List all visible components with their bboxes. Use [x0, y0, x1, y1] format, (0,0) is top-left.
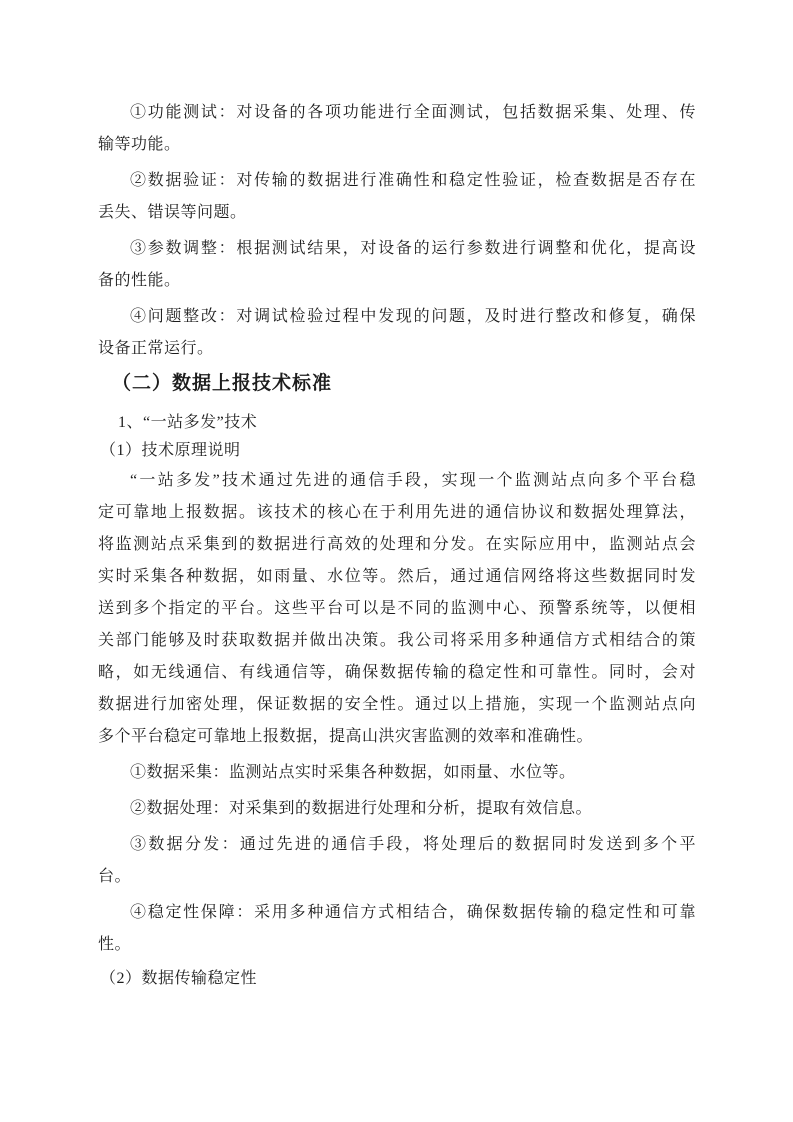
- text-line: 将监测站点采集到的数据进行高效的处理和分发。在实际应用中，监测站点会: [98, 529, 696, 561]
- text-line: 定可靠地上报数据。该技术的核心在于利用先进的通信协议和数据处理算法，: [98, 497, 696, 529]
- subheading2: （2）数据传输稳定性: [98, 965, 696, 993]
- paragraph: ③参数调整：根据测试结果，对设备的运行参数进行调整和优化，提高设备的性能。: [98, 233, 696, 297]
- text-line: ③参数调整：根据测试结果，对设备的运行参数进行调整和优化，提高设: [98, 233, 696, 265]
- paragraph: ④稳定性保障：采用多种通信方式相结合，确保数据传输的稳定性和可靠性。: [98, 897, 696, 961]
- text-line: 台。: [98, 861, 696, 893]
- subheading2: （1）技术原理说明: [98, 437, 696, 465]
- text-line: ④稳定性保障：采用多种通信方式相结合，确保数据传输的稳定性和可靠: [98, 897, 696, 929]
- text-line: 备的性能。: [98, 265, 696, 297]
- text-line: 送到多个指定的平台。这些平台可以是不同的监测中心、预警系统等，以便相: [98, 593, 696, 625]
- text-line: 多个平台稳定可靠地上报数据，提高山洪灾害监测的效率和准确性。: [98, 721, 696, 753]
- paragraph: ④问题整改：对调试检验过程中发现的问题，及时进行整改和修复，确保设备正常运行。: [98, 301, 696, 365]
- text-line: 设备正常运行。: [98, 333, 696, 365]
- text-line: （二）数据上报技术标准: [98, 369, 696, 399]
- paragraph: ①功能测试：对设备的各项功能进行全面测试，包括数据采集、处理、传输等功能。: [98, 97, 696, 161]
- paragraph: ①数据采集：监测站点实时采集各种数据，如雨量、水位等。: [98, 757, 696, 789]
- text-line: 数据进行加密处理，保证数据的安全性。通过以上措施，实现一个监测站点向: [98, 689, 696, 721]
- text-line: ②数据验证：对传输的数据进行准确性和稳定性验证，检查数据是否存在: [98, 165, 696, 197]
- text-line: ①数据采集：监测站点实时采集各种数据，如雨量、水位等。: [98, 757, 696, 789]
- document-page: ①功能测试：对设备的各项功能进行全面测试，包括数据采集、处理、传输等功能。②数据…: [0, 0, 793, 1122]
- document-content: ①功能测试：对设备的各项功能进行全面测试，包括数据采集、处理、传输等功能。②数据…: [98, 97, 696, 993]
- paragraph: “一站多发”技术通过先进的通信手段，实现一个监测站点向多个平台稳定可靠地上报数据…: [98, 465, 696, 753]
- text-line: 输等功能。: [98, 129, 696, 161]
- paragraph: ③数据分发：通过先进的通信手段，将处理后的数据同时发送到多个平台。: [98, 829, 696, 893]
- text-line: ④问题整改：对调试检验过程中发现的问题，及时进行整改和修复，确保: [98, 301, 696, 333]
- subheading1: 1、“一站多发”技术: [98, 409, 696, 437]
- text-line: 性。: [98, 929, 696, 961]
- text-line: 1、“一站多发”技术: [98, 409, 696, 437]
- heading2: （二）数据上报技术标准: [98, 369, 696, 399]
- text-line: ②数据处理：对采集到的数据进行处理和分析，提取有效信息。: [98, 793, 696, 825]
- text-line: “一站多发”技术通过先进的通信手段，实现一个监测站点向多个平台稳: [98, 465, 696, 497]
- paragraph: ②数据验证：对传输的数据进行准确性和稳定性验证，检查数据是否存在丢失、错误等问题…: [98, 165, 696, 229]
- text-line: ③数据分发：通过先进的通信手段，将处理后的数据同时发送到多个平: [98, 829, 696, 861]
- text-line: （1）技术原理说明: [98, 437, 696, 465]
- text-line: 关部门能够及时获取数据并做出决策。我公司将采用多种通信方式相结合的策: [98, 625, 696, 657]
- text-line: ①功能测试：对设备的各项功能进行全面测试，包括数据采集、处理、传: [98, 97, 696, 129]
- paragraph: ②数据处理：对采集到的数据进行处理和分析，提取有效信息。: [98, 793, 696, 825]
- text-line: 丢失、错误等问题。: [98, 197, 696, 229]
- text-line: 略，如无线通信、有线通信等，确保数据传输的稳定性和可靠性。同时，会对: [98, 657, 696, 689]
- text-line: （2）数据传输稳定性: [98, 965, 696, 993]
- text-line: 实时采集各种数据，如雨量、水位等。然后，通过通信网络将这些数据同时发: [98, 561, 696, 593]
